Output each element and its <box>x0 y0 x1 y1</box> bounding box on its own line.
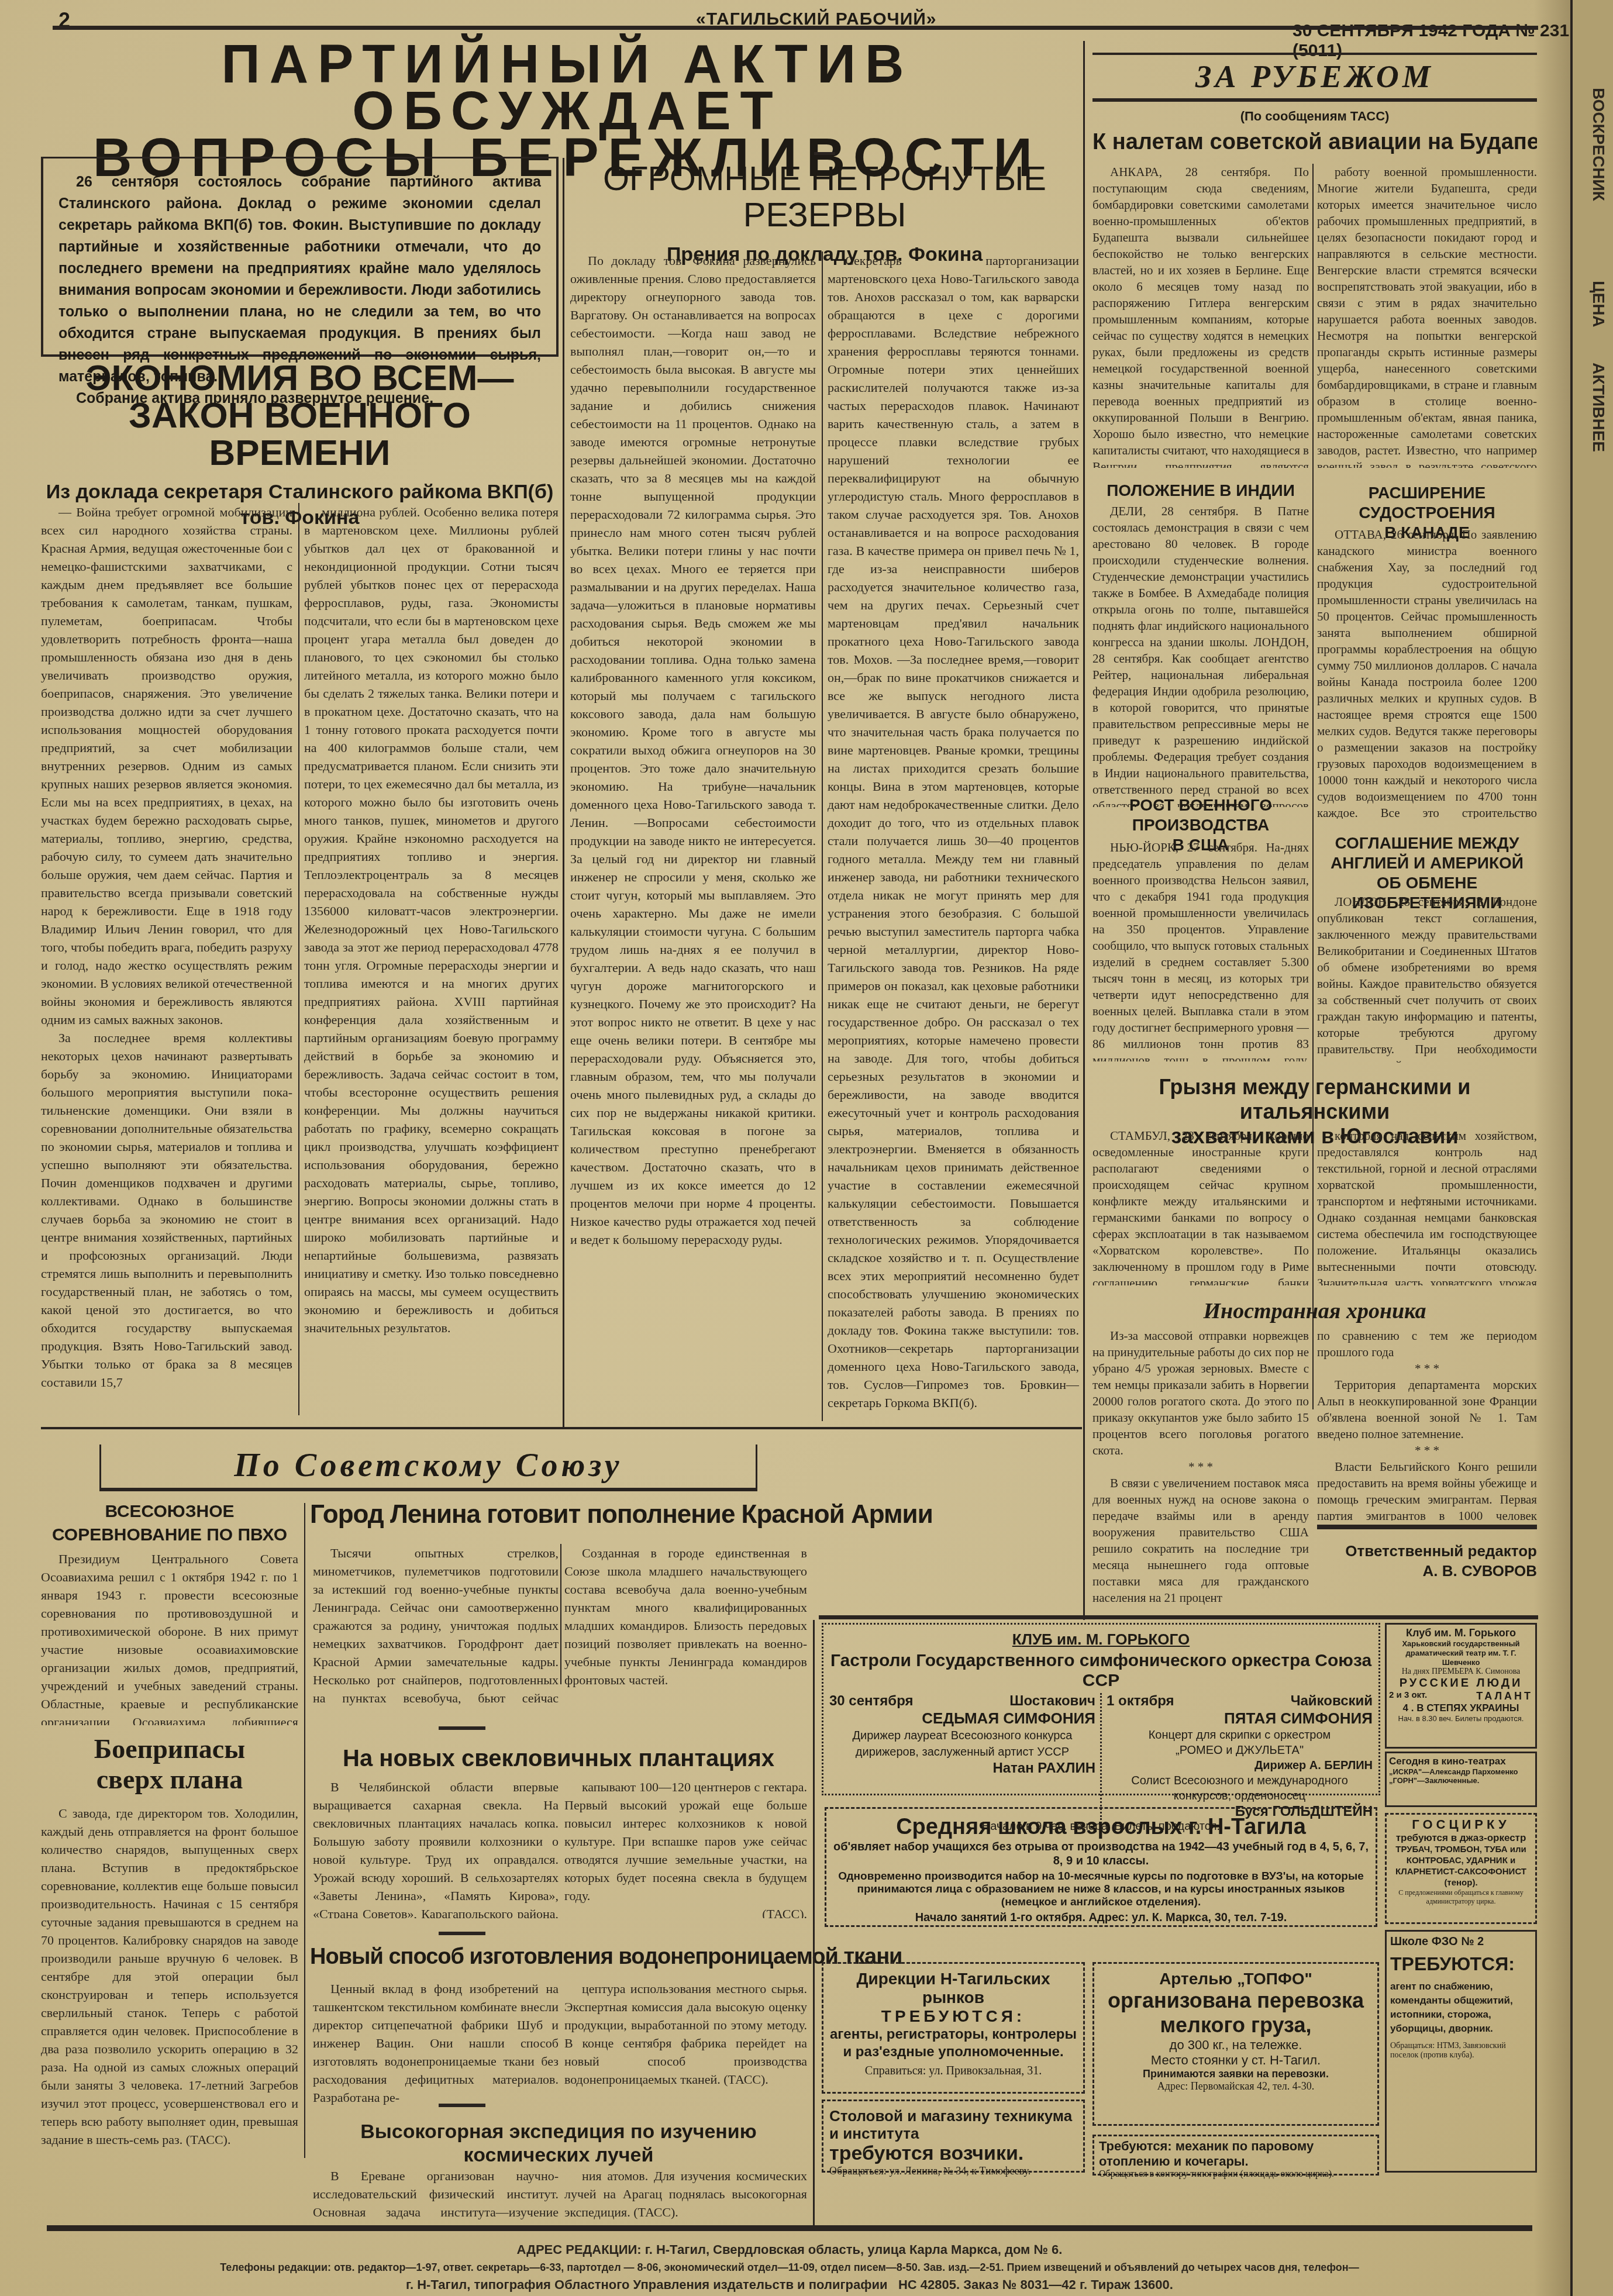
concert-right-work: ПЯТАЯ СИМФОНИЯ <box>1107 1709 1373 1728</box>
economy-text-2: миллиона рублей. Особенно велика потеря … <box>304 503 559 1337</box>
beets-headline: На новых свекловичных плантациях <box>310 1746 807 1772</box>
fzo-footer: Обращаться: НТМЗ, Завязовский поселок (п… <box>1390 2042 1532 2060</box>
agreement-headline-1: СОГЛАШЕНИЕ МЕЖДУ <box>1317 833 1537 853</box>
theatre-play2: ТАЛАНТ <box>1476 1690 1533 1702</box>
separator-rule <box>439 2104 485 2107</box>
gorky-club-title: КЛУБ им. М. ГОРЬКОГО <box>829 1630 1373 1649</box>
article-reserves-header: ОГРОМНЫЕ НЕТРОНУТЫЕ РЕЗЕРВЫ Прения по до… <box>570 152 1079 267</box>
mechanic-line1: Требуются: механик по паровому отоплению… <box>1099 2139 1373 2169</box>
abroad-source: (По сообщениям ТАСС) <box>1092 109 1537 124</box>
theatre-subtitle: Харьковский государственный драматически… <box>1389 1639 1533 1667</box>
newspaper-page: 2 «ТАГИЛЬСКИЙ РАБОЧИЙ» 30 СЕНТЯБРЯ 1942 … <box>0 0 1613 2296</box>
beets-text-1: В Челябинской области впервые выращивает… <box>313 1778 559 1918</box>
economy-headline-2: ЗАКОН ВОЕННОГО ВРЕМЕНИ <box>41 397 559 472</box>
usa-text-col: НЬЮ-ЙОРК, 27 сентября. На-днях председат… <box>1092 839 1309 1061</box>
fzo-title: Школе ФЗО № 2 <box>1390 1935 1532 1949</box>
topfo-line5: Принимаются заявки на перевозки. <box>1100 2068 1371 2080</box>
chronicle-headline: Иностранная хроника <box>1092 1298 1537 1324</box>
budapest-text-2: работу военной промышленности. Многие жи… <box>1317 164 1537 468</box>
separator-rule <box>439 1932 485 1935</box>
economy-text-1: — Война требует огромной мобилизации все… <box>41 503 292 1029</box>
ammo-headline-2: сверх плана <box>41 1764 298 1795</box>
circus-title: ГОСЦИРКУ <box>1389 1817 1533 1832</box>
leningrad-col2: Созданная в городе единственная в Союзе … <box>564 1544 807 1708</box>
edge-text-3: АКТИВНЕЕ <box>1589 363 1608 452</box>
masthead-rule <box>53 26 1538 30</box>
ammo-text: С завода, где директором тов. Холодилин,… <box>41 1804 298 2149</box>
editor-name: А. В. СУВОРОВ <box>1317 1561 1537 1581</box>
column-divider <box>813 1620 815 2228</box>
col-rule <box>298 503 299 1415</box>
economy-text-1b: За последнее время коллективы некоторых … <box>41 1029 292 1391</box>
column-divider <box>563 158 564 1427</box>
beets-source: (ТАСС). <box>564 1905 807 1918</box>
agreement-text-col: ЛОНДОН, 28 сентября. В Лондоне опубликов… <box>1317 894 1537 1063</box>
edge-text-1: ВОСКРЕСНИК <box>1589 88 1608 201</box>
cosmic-headline: Высокогорная экспедиция по изучению косм… <box>310 2120 807 2167</box>
cosmic-headline-2: космических лучей <box>310 2143 807 2167</box>
chronicle-text-2b: Территория департамента морских Альп в н… <box>1317 1377 1537 1442</box>
chronicle-col2: по сравнению с тем же периодом прошлого … <box>1317 1328 1537 1521</box>
mechanic-footer: Обращаться в контору типографии (площадь… <box>1099 2169 1373 2180</box>
footer-rule <box>47 2225 1532 2231</box>
chronicle-text-2c: Власти Бельгийского Конго решили предост… <box>1317 1459 1537 1521</box>
canada-text-col: ОТТАВА, 26 сентября. По заявлению канадс… <box>1317 526 1537 819</box>
ad-markets: Дирекции Н-Тагильских рынков ТРЕБУЮТСЯ: … <box>822 1962 1085 2094</box>
pvho-headline-2: СОРЕВНОВАНИЕ ПО ПВХО <box>41 1523 298 1547</box>
footer-order: НС 42805. Заказ № 8031—42 г. Тираж 13600… <box>898 2277 1173 2292</box>
fabric-text-2: цептура использования местного сырья. Эк… <box>564 1980 807 2088</box>
reserves-col2: Секретарь парторганизации мартеновского … <box>828 251 1079 1427</box>
editor-rule <box>1317 1525 1537 1529</box>
theatre-title: Клуб им. М. Горького <box>1389 1627 1533 1639</box>
usa-headline-1: РОСТ ВОЕННОГО ПРОИЗВОДСТВА <box>1092 795 1309 835</box>
chronicle-col1: Из-за массовой отправки норвежцев на при… <box>1092 1328 1309 1608</box>
next-page-edge: ВОСКРЕСНИК ЦЕНА АКТИВНЕЕ <box>1570 0 1613 2296</box>
fabric-col1: Ценный вклад в фонд изобретений на ташке… <box>313 1980 559 2105</box>
leningrad-col1: Тысячи опытных стрелков, минометчиков, п… <box>313 1544 559 1708</box>
india-text-col: ДЕЛИ, 28 сентября. В Патне состоялась де… <box>1092 503 1309 807</box>
col-rule <box>560 1544 561 1684</box>
ad-cinema: Сегодня в кино-театрах „ИСКРА"—Александр… <box>1385 1752 1537 1807</box>
theatre-play3-date: 4 <box>1403 1702 1408 1714</box>
concert-left-desc: Дирижер лауреат Всесоюзного конкурса дир… <box>829 1728 1095 1760</box>
topfo-line3: до 300 кг., на тележке. <box>1100 2038 1371 2053</box>
concert-right-composer: Чайковский <box>1291 1693 1373 1709</box>
main-headline-line1: ПАРТИЙНЫЙ АКТИВ ОБСУЖДАЕТ <box>53 41 1082 135</box>
lead-text: 26 сентября состоялось собрание партийно… <box>58 171 541 388</box>
canteen-footer: Обращаться: ул. Ленина, № 34, к Тимофеев… <box>829 2165 1077 2177</box>
editor-label: Ответственный редактор <box>1317 1541 1537 1561</box>
separator-stars: * * * <box>1317 1360 1537 1377</box>
ad-gorky-theatre: Клуб им. М. Горького Харьковский государ… <box>1385 1623 1537 1749</box>
footer-address: АДРЕС РЕДАКЦИИ: г. Н-Тагил, Свердловская… <box>47 2241 1532 2259</box>
india-headline: ПОЛОЖЕНИЕ В ИНДИИ <box>1092 481 1309 501</box>
footer-phones: Телефоны редакции: отв. редактор—1-97, о… <box>47 2259 1532 2276</box>
agreement-text: ЛОНДОН, 28 сентября. В Лондоне опубликов… <box>1317 894 1537 1063</box>
chronicle-text-1b: В связи с увеличением поставок мяса для … <box>1092 1475 1309 1606</box>
cinema-line1: „ИСКРА"—Александр Пархоменко <box>1389 1767 1533 1776</box>
ad-adult-school: Средняя школа взрослых г. Н-Тагила об'яв… <box>825 1807 1377 1927</box>
beets-col1: В Челябинской области впервые выращивает… <box>313 1778 559 1918</box>
canada-text: ОТТАВА, 26 сентября. По заявлению канадс… <box>1317 526 1537 819</box>
gorky-club-subtitle: Гастроли Государственного симфонического… <box>829 1651 1373 1691</box>
ad-fzo-school: Школе ФЗО № 2 ТРЕБУЮТСЯ: агент по снабже… <box>1385 1930 1537 2173</box>
economy-headline-1: ЭКОНОМИЯ ВО ВСЕМ— <box>41 360 559 397</box>
col-rule <box>1312 164 1314 1409</box>
soviet-banner-title: По Советскому Союзу <box>101 1447 756 1484</box>
yugoslavia-headline-1: Грызня между германскими и итальянскими <box>1092 1075 1537 1124</box>
india-text: ДЕЛИ, 28 сентября. В Патне состоялась де… <box>1092 503 1309 807</box>
canada-headline-1: РАСШИРЕНИЕ СУДОСТРОЕНИЯ <box>1317 483 1537 523</box>
fabric-headline: Новый способ изготовления водонепроницае… <box>310 1945 807 1970</box>
reserves-text-1: По докладу тов. Фокина развернулись ожив… <box>570 251 816 1249</box>
ammo-headline-1: Боеприпасы <box>41 1734 298 1764</box>
budapest-text-1: АНКАРА, 28 сентября. По поступающим сюда… <box>1092 164 1309 468</box>
ammo-text-col: С завода, где директором тов. Холодилин,… <box>41 1804 298 2149</box>
soviet-banner: По Советскому Союзу <box>99 1445 757 1491</box>
canteen-line2: требуются возчики. <box>829 2142 1077 2165</box>
ammo-headline: Боеприпасы сверх плана <box>41 1734 298 1795</box>
theatre-play1: РУССКИЕ ЛЮДИ <box>1389 1677 1533 1690</box>
markets-title: Дирекции Н-Тагильских рынков <box>829 1970 1077 2007</box>
col-rule <box>304 1503 305 2158</box>
ads-rule <box>819 1615 1538 1619</box>
topfo-line2: организована перевозка мелкого груза, <box>1100 1988 1371 2038</box>
theatre-footer: Нач. в 8.30 веч. Билеты продаются. <box>1389 1714 1533 1723</box>
section-rule <box>41 1427 1082 1429</box>
ad-canteen: Столовой и магазину техникума и институт… <box>822 2100 1085 2173</box>
yugoslavia-text-2: контроля над сельским хозяйством, предос… <box>1317 1128 1537 1285</box>
separator-stars: * * * <box>1317 1442 1537 1459</box>
markets-body: агенты, регистраторы, контролеры и раз'е… <box>829 2026 1077 2061</box>
chronicle-text-1: Из-за массовой отправки норвежцев на при… <box>1092 1328 1309 1459</box>
footer-printer: г. Н-Тагил, типография Областного Управл… <box>406 2277 888 2292</box>
topfo-line6: Адрес: Первомайская 42, тел. 4-30. <box>1100 2080 1371 2092</box>
pvho-text-col: Президиум Центрального Совета Осоавиахим… <box>41 1550 298 1725</box>
topfo-line4: Место стоянки у ст. Н-Тагил. <box>1100 2053 1371 2068</box>
fzo-big: ТРЕБУЮТСЯ: <box>1390 1953 1532 1975</box>
edge-text-2: ЦЕНА <box>1589 281 1608 327</box>
topfo-line1: Артелью „ТОПФО" <box>1100 1970 1371 1988</box>
usa-text: НЬЮ-ЙОРК, 27 сентября. На-днях председат… <box>1092 839 1309 1061</box>
concert-left-conductor: Натан РАХЛИН <box>829 1760 1095 1777</box>
editor-block: Ответственный редактор А. В. СУВОРОВ <box>1317 1541 1537 1581</box>
abroad-banner: ЗА РУБЕЖОМ (По сообщениям ТАСС) <box>1092 53 1537 124</box>
cosmic-col1: В Ереване организован научно-исследовате… <box>313 2167 559 2225</box>
reserves-headline-1: ОГРОМНЫЕ НЕТРОНУТЫЕ <box>570 161 1079 197</box>
circus-footer: С предложениями обращаться к главному ад… <box>1389 1888 1533 1906</box>
cosmic-text-1: В Ереване организован научно-исследовате… <box>313 2167 559 2225</box>
canteen-line1: Столовой и магазину техникума и институт… <box>829 2107 1077 2142</box>
school-line2: Одновременно производится набор на 10-ме… <box>832 1870 1370 1909</box>
reserves-col1: По докладу тов. Фокина развернулись ожив… <box>570 251 816 1427</box>
budapest-headline: К налетам советской авиации на Будапешт <box>1092 130 1537 155</box>
reserves-text-2: Секретарь парторганизации мартеновского … <box>828 251 1079 1412</box>
circus-list: ТРУБАЧ, ТРОМБОН, ТУБА или КОНТРОБАС, УДА… <box>1389 1844 1533 1888</box>
dash <box>814 152 835 155</box>
concert-left: 30 сентября Шостакович СЕДЬМАЯ СИМФОНИЯ … <box>829 1693 1102 1820</box>
cinema-line2: „ГОРН"—Заключенные. <box>1389 1776 1533 1785</box>
concert-right-date: 1 октября <box>1107 1693 1174 1709</box>
column-divider <box>1083 41 1085 1620</box>
budapest-col2: работу военной промышленности. Многие жи… <box>1317 164 1537 468</box>
budapest-col1: АНКАРА, 28 сентября. По поступающим сюда… <box>1092 164 1309 468</box>
fabric-col2: цептура использования местного сырья. Эк… <box>564 1980 807 2105</box>
economy-col2: миллиона рублей. Особенно велика потеря … <box>304 503 559 1421</box>
yugoslavia-col2: контроля над сельским хозяйством, предос… <box>1317 1128 1537 1285</box>
beets-text-2: капывают 100—120 центнеров с гектара. Пе… <box>564 1778 807 1905</box>
cosmic-headline-1: Высокогорная экспедиция по изучению <box>310 2120 807 2143</box>
concert-right: 1 октября Чайковский ПЯТАЯ СИМФОНИЯ Конц… <box>1102 1693 1373 1820</box>
lead-box: 26 сентября состоялось собрание партийно… <box>41 157 559 357</box>
ad-mechanic: Требуются: механик по паровому отоплению… <box>1092 2135 1379 2176</box>
markets-big: ТРЕБУЮТСЯ: <box>829 2007 1077 2026</box>
concert-left-work: СЕДЬМАЯ СИМФОНИЯ <box>829 1709 1095 1728</box>
leningrad-text-1: Тысячи опытных стрелков, минометчиков, п… <box>313 1544 559 1708</box>
footer-block: АДРЕС РЕДАКЦИИ: г. Н-Тагил, Свердловская… <box>47 2241 1532 2294</box>
reserves-headline-2: РЕЗЕРВЫ <box>570 197 1079 233</box>
fabric-text-1: Ценный вклад в фонд изобретений на ташке… <box>313 1980 559 2105</box>
concert-left-date: 30 сентября <box>829 1693 913 1709</box>
pvho-headline: ВСЕСОЮЗНОЕ СОРЕВНОВАНИЕ ПО ПВХО <box>41 1500 298 1547</box>
markets-footer: Справиться: ул. Привокзальная, 31. <box>829 2064 1077 2078</box>
school-line1: об'являет набор учащихся без отрыва от п… <box>832 1840 1370 1868</box>
concert-left-composer: Шостакович <box>1009 1693 1095 1709</box>
abroad-banner-title: ЗА РУБЕЖОМ <box>1092 58 1537 95</box>
economy-col1: — Война требует огромной мобилизации все… <box>41 503 292 1421</box>
beets-col2: капывают 100—120 центнеров с гектара. Пе… <box>564 1778 807 1918</box>
yugoslavia-col1: СТАМБУЛ, 28 сентября. Хорошо осведомленн… <box>1092 1128 1309 1285</box>
theatre-dates: 2 и 3 окт. <box>1389 1690 1427 1702</box>
page-fold-shadow <box>1533 0 1571 2296</box>
theatre-premiere: На днях ПРЕМЬЕРА К. Симонова <box>1389 1667 1533 1677</box>
leningrad-headline: Город Ленина готовит пополнение Красной … <box>310 1500 807 1529</box>
col-rule <box>822 251 823 1421</box>
theatre-play3: В СТЕПЯХ УКРАИНЫ <box>1416 1702 1519 1714</box>
leningrad-text-2: Созданная в городе единственная в Союзе … <box>564 1544 807 1689</box>
ad-circus: ГОСЦИРКУ требуются в джаз-оркестр ТРУБАЧ… <box>1385 1813 1537 1924</box>
pvho-headline-1: ВСЕСОЮЗНОЕ <box>41 1500 298 1523</box>
school-line3: Начало занятий 1-го октября. Адрес: ул. … <box>832 1911 1370 1925</box>
concert-right-desc2: „РОМЕО и ДЖУЛЬЕТА" <box>1107 1743 1373 1758</box>
pvho-text: Президиум Центрального Совета Осоавиахим… <box>41 1550 298 1725</box>
ad-gorky-club-concert: КЛУБ им. М. ГОРЬКОГО Гастроли Государств… <box>822 1623 1380 1795</box>
agreement-headline-2: АНГЛИЕЙ И АМЕРИКОЙ <box>1317 853 1537 873</box>
cosmic-col2: ния атомов. Для изучения космических луч… <box>564 2167 807 2225</box>
fzo-list: агент по снабжению, коменданты общежитий… <box>1390 1980 1532 2036</box>
school-title: Средняя школа взрослых г. Н-Тагила <box>832 1815 1370 1840</box>
ad-topfo: Артелью „ТОПФО" организована перевозка м… <box>1092 1962 1379 2126</box>
separator-rule <box>439 1726 485 1730</box>
concert-right-desc3: Солист Всесоюзного и международного конк… <box>1107 1773 1373 1804</box>
yugoslavia-text-1: СТАМБУЛ, 28 сентября. Хорошо осведомленн… <box>1092 1128 1309 1285</box>
cinema-title: Сегодня в кино-театрах <box>1389 1756 1533 1767</box>
chronicle-text-2a: по сравнению с тем же периодом прошлого … <box>1317 1328 1537 1360</box>
circus-subtitle: требуются в джаз-оркестр <box>1389 1832 1533 1844</box>
concert-right-conductor: Дирижер А. БЕРЛИН <box>1107 1758 1373 1773</box>
separator-stars: * * * <box>1092 1459 1309 1475</box>
concert-right-desc1: Концерт для скрипки с оркестром <box>1107 1728 1373 1743</box>
cosmic-text-2: ния атомов. Для изучения космических луч… <box>564 2167 807 2221</box>
